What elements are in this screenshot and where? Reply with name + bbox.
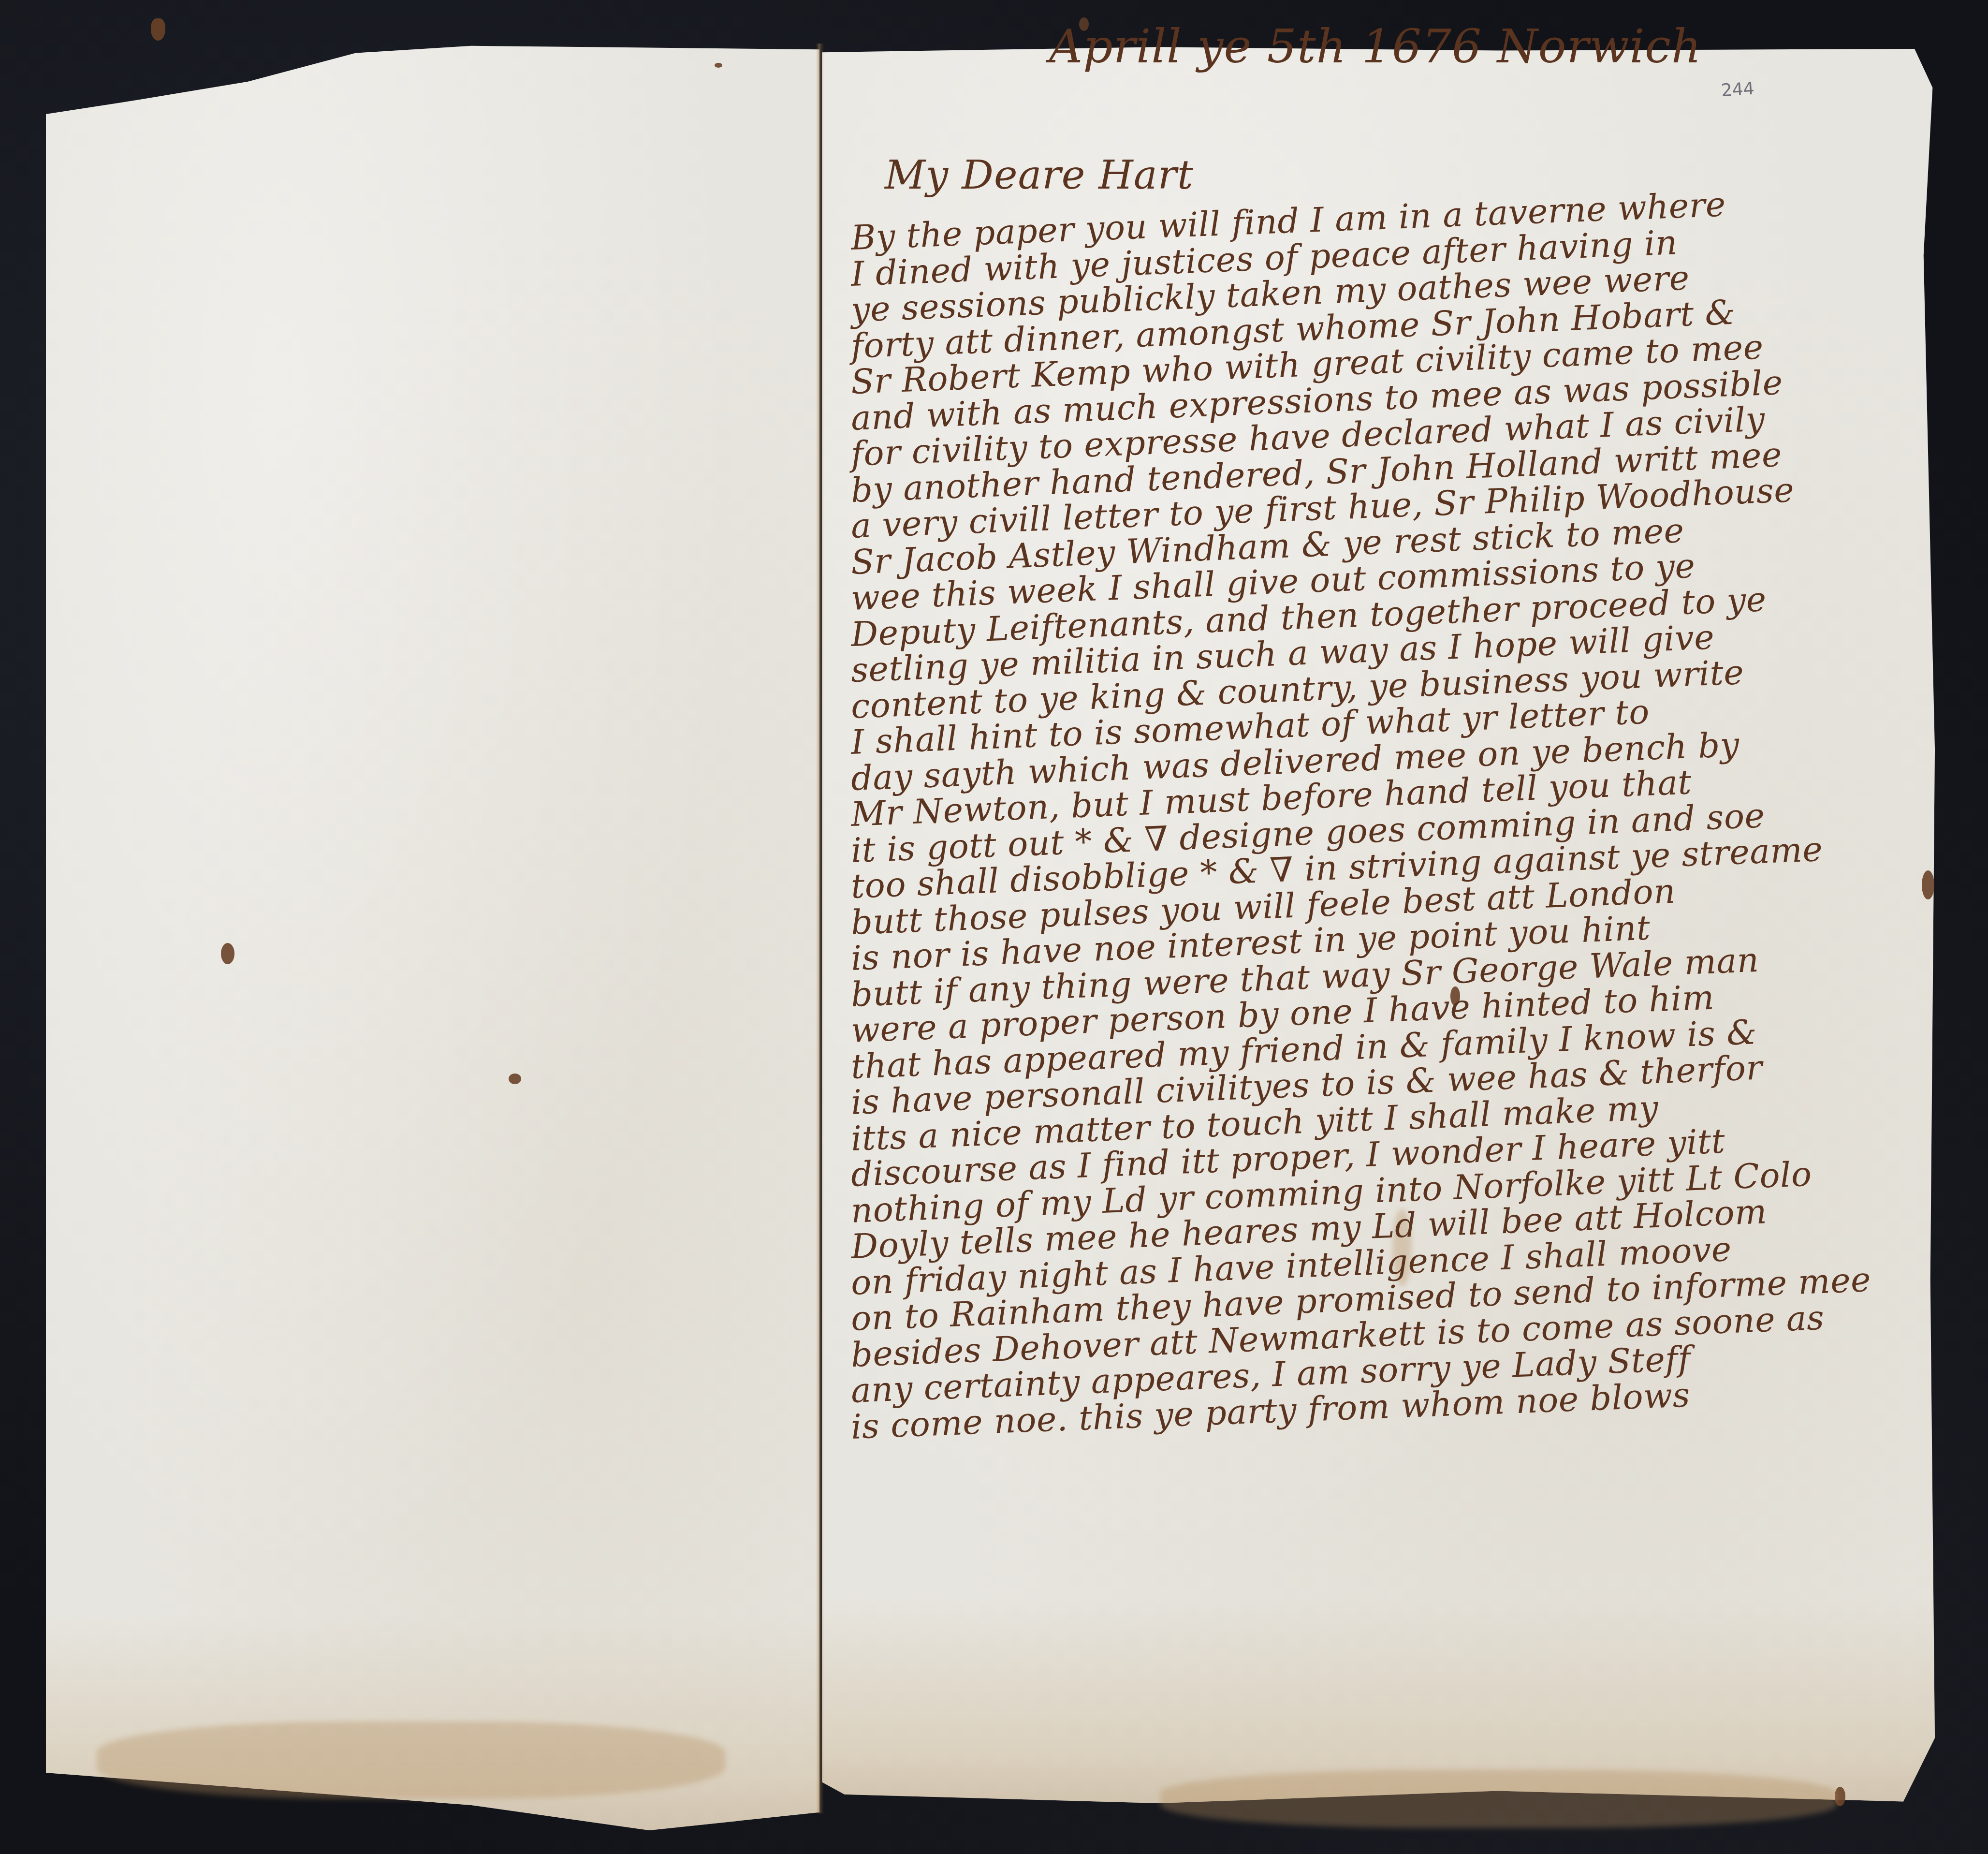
letter-salutation: My Deare Hart xyxy=(885,152,1194,198)
water-stain-bottom-right xyxy=(1160,1770,1837,1828)
ink-spot-left-page-small xyxy=(509,1074,521,1084)
page-fold-crease xyxy=(816,44,824,1813)
ink-spot-small-top xyxy=(715,63,722,68)
water-stain-bottom-left xyxy=(97,1722,725,1799)
letter-date-heading: Aprill ye 5th 1676 Norwich xyxy=(1049,19,1702,74)
ink-blot-top-left xyxy=(151,18,165,41)
left-page-blank xyxy=(46,31,819,1830)
ink-blot-left-page xyxy=(221,943,234,964)
letter-body: By the paper you will find I am in a tav… xyxy=(851,220,1944,1445)
folio-number-pencil: 244 xyxy=(1721,79,1755,101)
